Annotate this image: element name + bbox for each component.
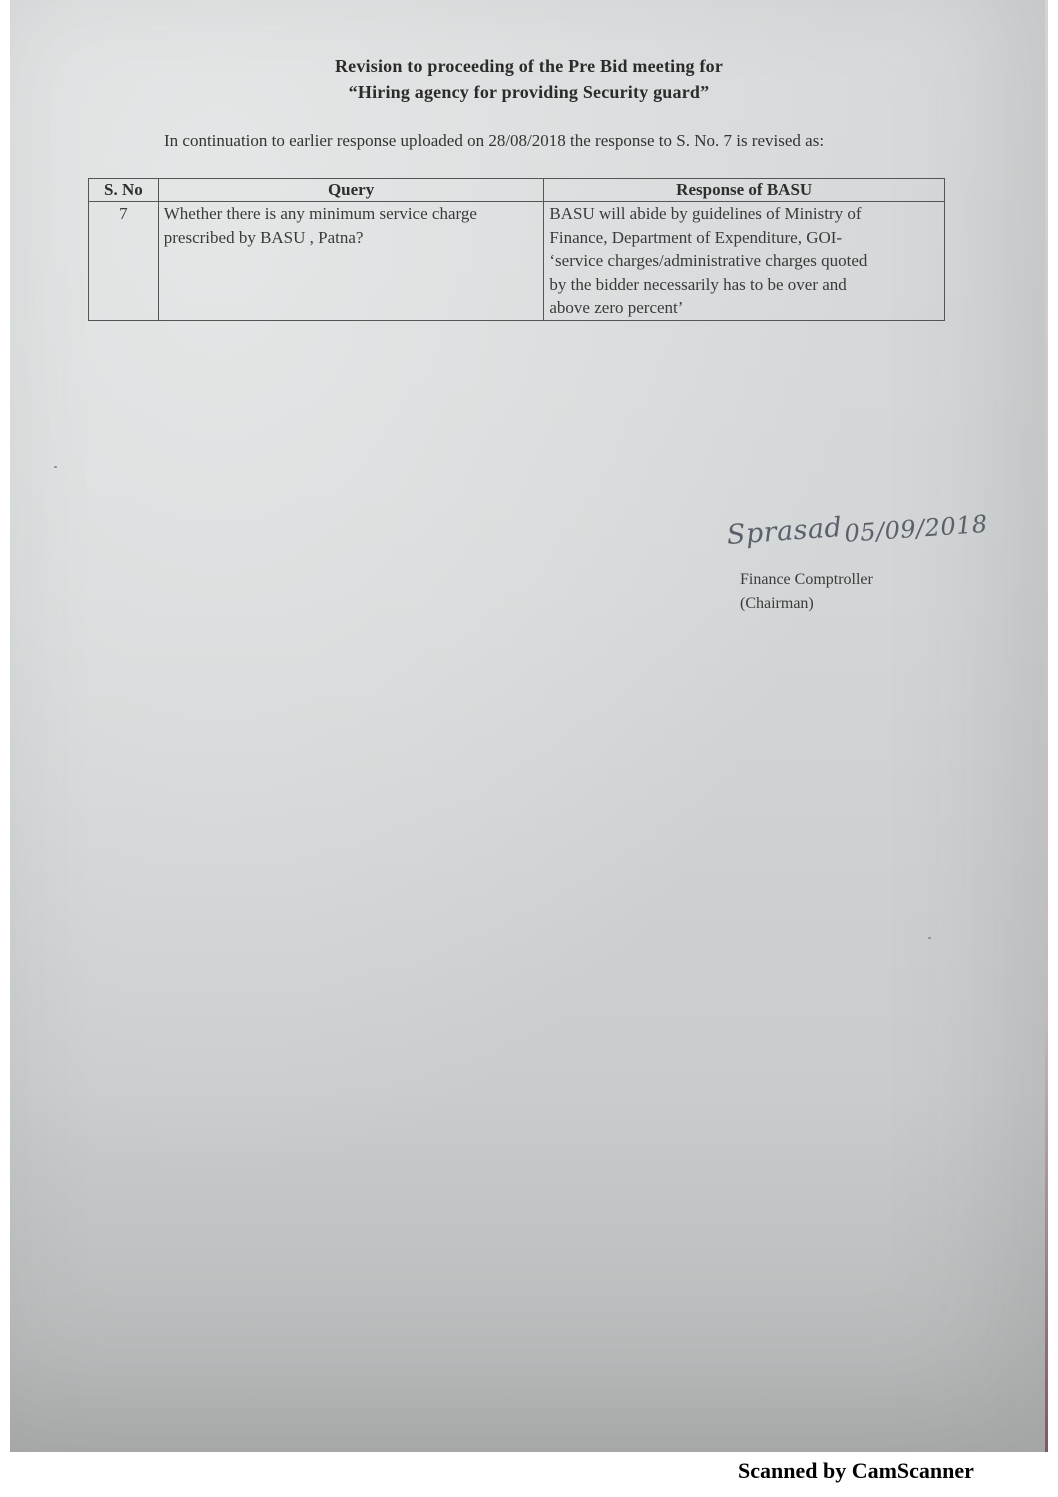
- cell-response: BASU will abide by guidelines of Ministr…: [544, 202, 945, 321]
- response-line: ‘service charges/administrative charges …: [549, 249, 939, 273]
- header-response: Response of BASU: [544, 179, 945, 202]
- query-line: Whether there is any minimum service cha…: [164, 202, 539, 226]
- handwritten-signature: Sprasad05/09/2018: [726, 502, 988, 551]
- document-title: Revision to proceeding of the Pre Bid me…: [10, 56, 1048, 77]
- camscanner-watermark: Scanned by CamScanner: [738, 1458, 974, 1484]
- query-response-table: S. No Query Response of BASU 7 Whether t…: [88, 178, 945, 321]
- cell-query: Whether there is any minimum service cha…: [158, 202, 544, 321]
- table-row: 7 Whether there is any minimum service c…: [89, 202, 945, 321]
- signatory-designation: Finance Comptroller: [740, 571, 873, 589]
- cell-sno: 7: [89, 202, 159, 321]
- header-sno: S. No: [89, 179, 159, 202]
- table-header-row: S. No Query Response of BASU: [89, 179, 945, 202]
- response-line: by the bidder necessarily has to be over…: [549, 273, 939, 297]
- intro-paragraph: In continuation to earlier response uplo…: [164, 131, 824, 151]
- scan-speck: [54, 466, 57, 468]
- response-line: BASU will abide by guidelines of Ministr…: [549, 202, 939, 226]
- signatory-role: (Chairman): [740, 595, 814, 613]
- signature-date: 05/09/2018: [844, 510, 989, 548]
- scan-speck: [928, 937, 931, 939]
- signature-scrawl: Sprasad: [726, 512, 843, 551]
- header-query: Query: [158, 179, 544, 202]
- response-line: above zero percent’: [549, 296, 939, 320]
- response-line: Finance, Department of Expenditure, GOI-: [549, 226, 939, 250]
- scanned-page: Revision to proceeding of the Pre Bid me…: [10, 0, 1048, 1452]
- document-subtitle: “Hiring agency for providing Security gu…: [10, 82, 1048, 103]
- query-line: prescribed by BASU , Patna?: [164, 226, 539, 250]
